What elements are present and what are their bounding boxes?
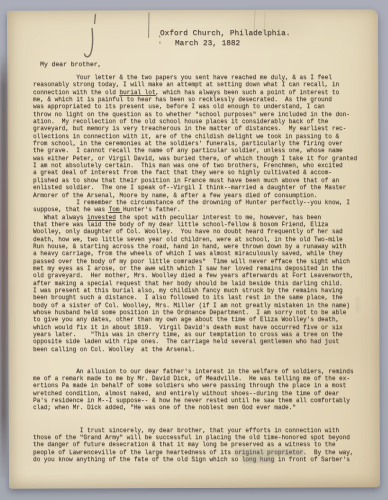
smudge-long-hung [242,456,275,463]
underline-burial-lot [119,95,156,96]
smudge-original-proprietor [234,449,304,456]
salutation: My dear brother, [40,61,101,68]
smudge-right-margin [356,296,359,312]
scanned-letter-photo: Oxford Church, Philadelphia. March 23, 1… [0,0,388,500]
letterhead-date: March 23, 1882 [175,40,240,49]
letter-body: Your letter & the two papers you sent ha… [33,74,367,463]
photo-left-edge-shadow [0,52,7,478]
underline-invested [87,220,116,221]
letterhead-place: Oxford Church, Philadelphia. [160,30,290,39]
